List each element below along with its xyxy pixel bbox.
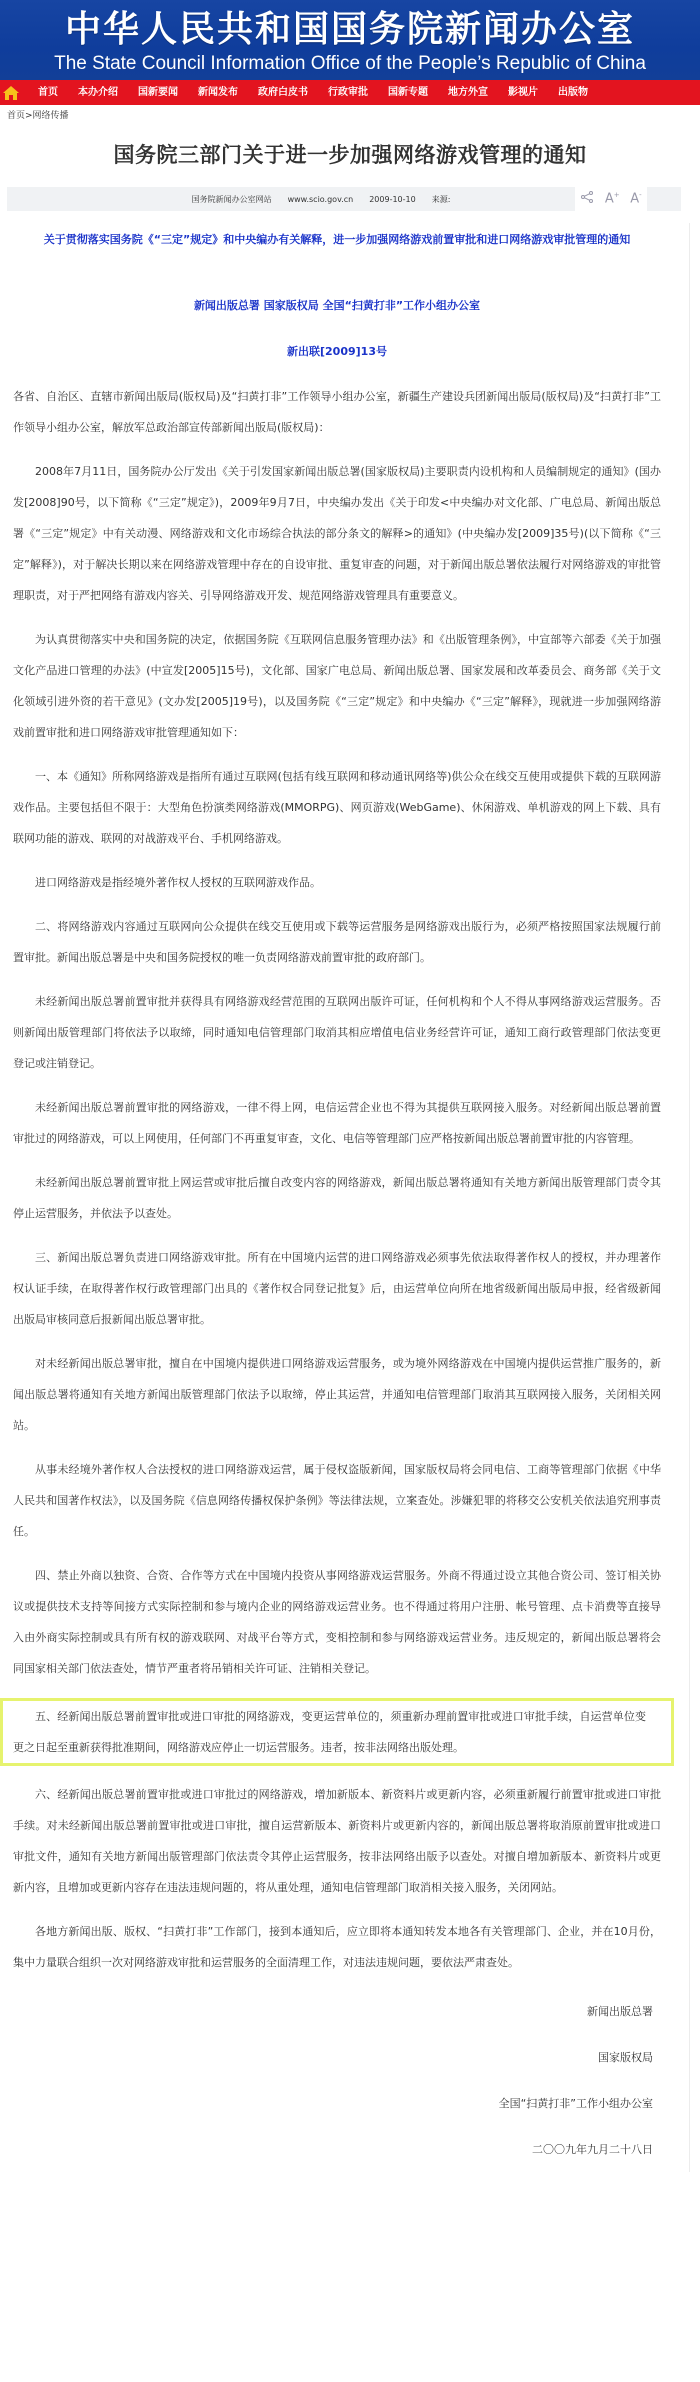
signature-date: 二〇〇九年九月二十八日 xyxy=(13,2142,653,2158)
site-title-en: The State Council Information Office of … xyxy=(0,52,700,76)
signature-line: 全国“扫黄打非”工作小组办公室 xyxy=(13,2096,653,2112)
paragraph: 为认真贯彻落实中央和国务院的决定，依据国务院《互联网信息服务管理办法》和《出版管… xyxy=(13,624,661,748)
paragraph: 对未经新闻出版总署审批，擅自在中国境内提供进口网络游戏运营服务，或为境外网络游戏… xyxy=(13,1348,661,1441)
paragraph: 四、禁止外商以独资、合资、合作等方式在中国境内投资从事网络游戏运营服务。外商不得… xyxy=(13,1560,661,1684)
article-issuer: 新闻出版总署 国家版权局 全国“扫黄打非”工作小组办公室 xyxy=(13,297,661,313)
article-subtitle: 关于贯彻落实国务院《“三定”规定》和中央编办有关解释，进一步加强网络游戏前置审批… xyxy=(13,223,661,257)
main-nav: 首页 本办介绍 国新要闻 新闻发布 政府白皮书 行政审批 国新专题 地方外宣 影… xyxy=(0,80,700,105)
breadcrumb[interactable]: 首页>网络传播 xyxy=(0,105,700,127)
paragraph: 未经新闻出版总署前置审批并获得具有网络游戏经营范围的互联网出版许可证，任何机构和… xyxy=(13,986,661,1079)
meta-bar-tail xyxy=(647,187,681,211)
paragraph: 三、新闻出版总署负责进口网络游戏审批。所有在中国境内运营的进口网络游戏必须事先依… xyxy=(13,1242,661,1335)
paragraph: 一、本《通知》所称网络游戏是指所有通过互联网(包括有线互联网和移动通讯网络等)供… xyxy=(13,761,661,854)
meta-source: 来源: xyxy=(432,194,451,205)
paragraph: 六、经新闻出版总署前置审批或进口审批过的网络游戏，增加新版本、新资料片或更新内容… xyxy=(13,1779,661,1903)
font-increase-icon[interactable]: A+ xyxy=(605,191,620,206)
nav-item-about[interactable]: 本办介绍 xyxy=(68,80,128,105)
paragraph-addressee: 各省、自治区、直辖市新闻出版局(版权局)及“扫黄打非”工作领导小组办公室，新疆生… xyxy=(13,381,661,443)
paragraph: 从事未经境外著作权人合法授权的进口网络游戏运营，属于侵权盗版新闻，国家版权局将会… xyxy=(13,1454,661,1547)
signature-line: 国家版权局 xyxy=(13,2050,653,2066)
paragraph: 二、将网络游戏内容通过互联网向公众提供在线交互使用或下载等运营服务是网络游戏出版… xyxy=(13,911,661,973)
font-decrease-icon[interactable]: A- xyxy=(630,191,641,206)
nav-item-news[interactable]: 国新要闻 xyxy=(128,80,188,105)
meta-date: 2009-10-10 xyxy=(369,195,416,204)
nav-item-press-release[interactable]: 新闻发布 xyxy=(188,80,248,105)
document-number: 新出联[2009]13号 xyxy=(13,343,661,359)
article-body: 关于贯彻落实国务院《“三定”规定》和中央编办有关解释，进一步加强网络游戏前置审批… xyxy=(0,223,690,2172)
paragraph: 未经新闻出版总署前置审批的网络游戏，一律不得上网，电信运营企业也不得为其提供互联… xyxy=(13,1092,661,1154)
article-meta-bar: 国务院新闻办公室网站 www.scio.gov.cn 2009-10-10 来源… xyxy=(7,187,681,211)
article-meta-info: 国务院新闻办公室网站 www.scio.gov.cn 2009-10-10 来源… xyxy=(7,187,575,211)
nav-item-videos[interactable]: 影视片 xyxy=(498,80,548,105)
article-tools: A+ A- xyxy=(575,187,647,211)
meta-url[interactable]: www.scio.gov.cn xyxy=(288,195,354,204)
highlighted-paragraph: 五、经新闻出版总署前置审批或进口审批的网络游戏，变更运营单位的，须重新办理前置审… xyxy=(13,1701,646,1763)
highlight-box: 五、经新闻出版总署前置审批或进口审批的网络游戏，变更运营单位的，须重新办理前置审… xyxy=(0,1698,674,1766)
nav-item-local[interactable]: 地方外宣 xyxy=(438,80,498,105)
paragraph: 各地方新闻出版、版权、“扫黄打非”工作部门，接到本通知后，应立即将本通知转发本地… xyxy=(13,1916,661,1978)
signature-block: 新闻出版总署 国家版权局 全国“扫黄打非”工作小组办公室 二〇〇九年九月二十八日 xyxy=(13,2004,661,2158)
article-title: 国务院三部门关于进一步加强网络游戏管理的通知 xyxy=(0,139,700,169)
paragraph: 2008年7月11日，国务院办公厅发出《关于引发国家新闻出版总署(国家版权局)主… xyxy=(13,456,661,611)
site-banner: 中华人民共和国国务院新闻办公室 The State Council Inform… xyxy=(0,0,700,80)
meta-site: 国务院新闻办公室网站 xyxy=(192,194,272,205)
home-icon[interactable] xyxy=(0,80,22,105)
site-title-cn: 中华人民共和国国务院新闻办公室 xyxy=(0,10,700,50)
signature-line: 新闻出版总署 xyxy=(13,2004,653,2020)
nav-item-topics[interactable]: 国新专题 xyxy=(378,80,438,105)
nav-item-publications[interactable]: 出版物 xyxy=(548,80,598,105)
paragraph: 未经新闻出版总署前置审批上网运营或审批后擅自改变内容的网络游戏，新闻出版总署将通… xyxy=(13,1167,661,1229)
paragraph: 进口网络游戏是指经境外著作权人授权的互联网游戏作品。 xyxy=(13,867,661,898)
nav-item-admin-approval[interactable]: 行政审批 xyxy=(318,80,378,105)
nav-item-white-papers[interactable]: 政府白皮书 xyxy=(248,80,318,105)
nav-item-home[interactable]: 首页 xyxy=(28,80,68,105)
share-icon[interactable] xyxy=(580,190,594,208)
